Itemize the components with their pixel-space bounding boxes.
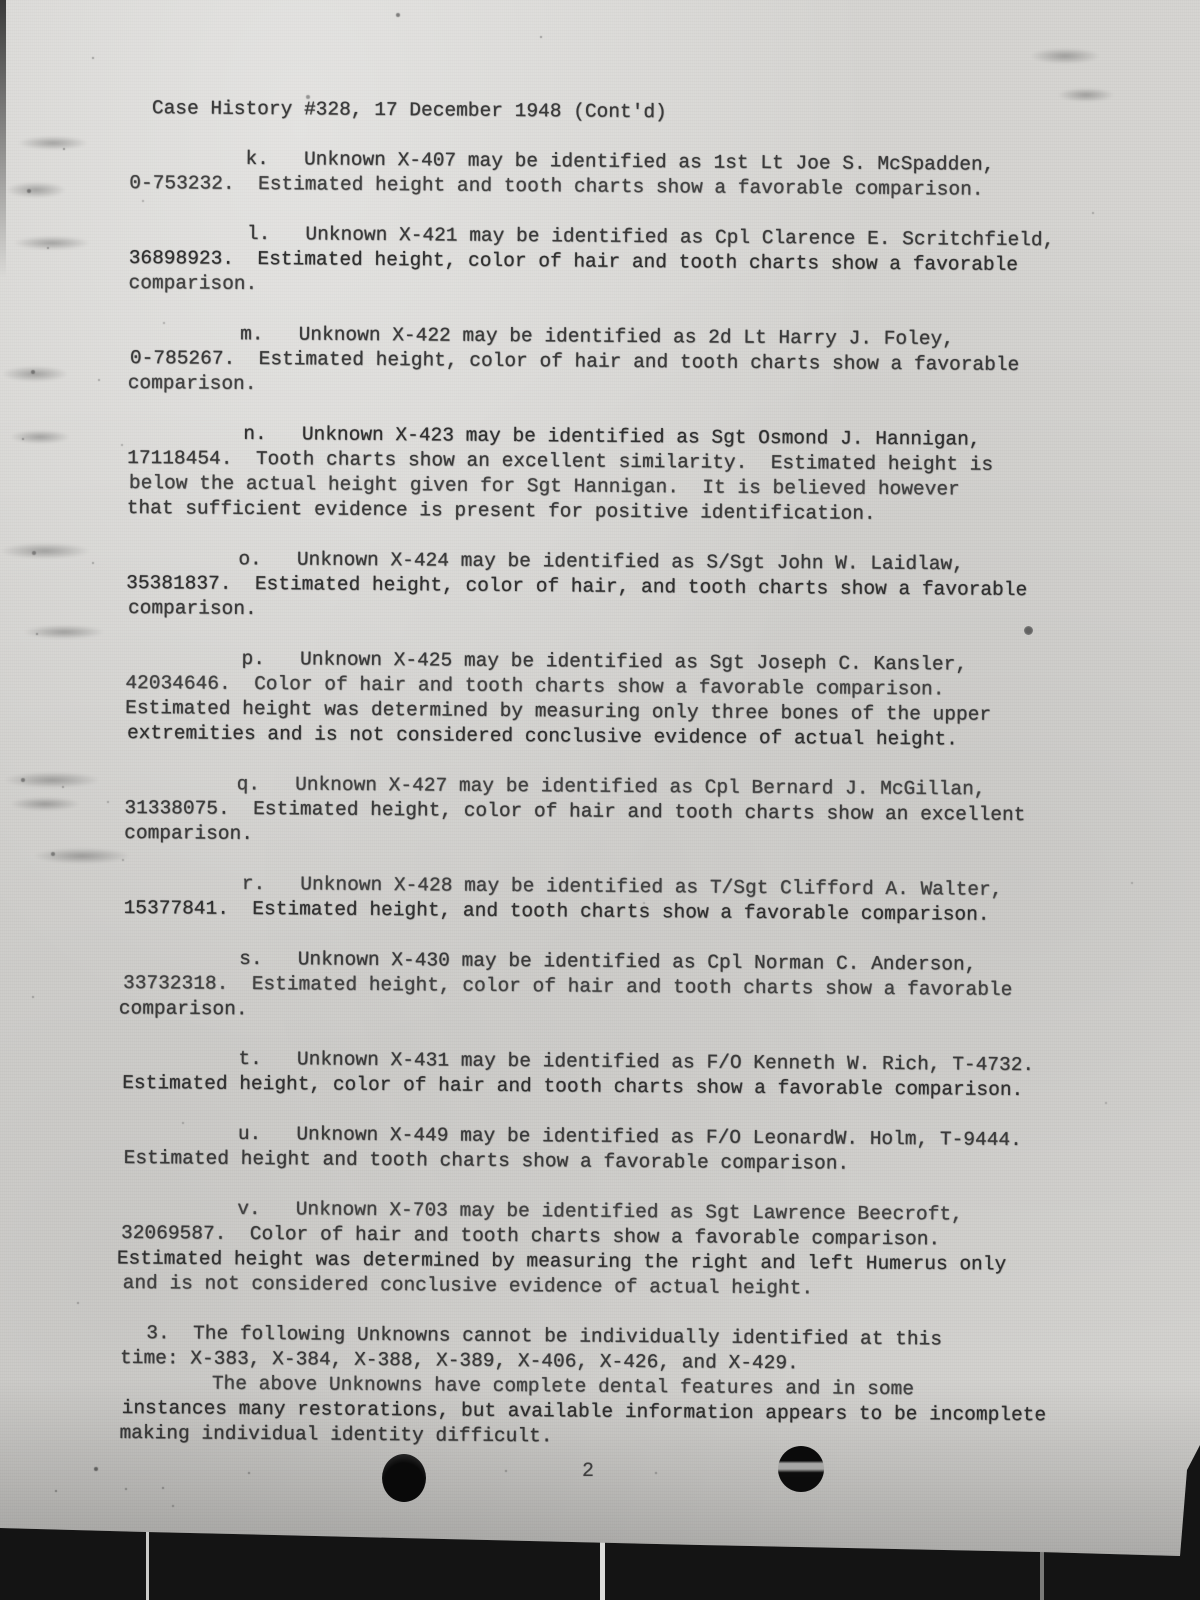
- smudge: [10, 430, 70, 444]
- body-lines: k. Unknown X-407 may be identified as 1s…: [119, 146, 1089, 1453]
- smudge: [24, 625, 104, 639]
- smudge: [2, 366, 68, 382]
- paper-speckles: [0, 0, 2, 2]
- typewritten-content: Case History #328, 17 December 1948 (Con…: [119, 96, 1090, 1453]
- document-header: Case History #328, 17 December 1948 (Con…: [130, 96, 1090, 129]
- smudge: [1058, 88, 1114, 102]
- smudge: [4, 772, 100, 788]
- document-page: Case History #328, 17 December 1948 (Con…: [0, 0, 1200, 1600]
- smudge: [1030, 48, 1100, 64]
- smudge: [34, 848, 130, 864]
- smudge: [0, 543, 90, 559]
- text-line: comparison.: [119, 996, 1079, 1028]
- smudge: [6, 182, 66, 198]
- smudge: [10, 797, 80, 811]
- smudge: [18, 136, 88, 150]
- page-edge-shadow: [0, 0, 6, 278]
- scanned-document-canvas: Case History #328, 17 December 1948 (Con…: [0, 0, 1200, 1600]
- smudge: [14, 236, 90, 250]
